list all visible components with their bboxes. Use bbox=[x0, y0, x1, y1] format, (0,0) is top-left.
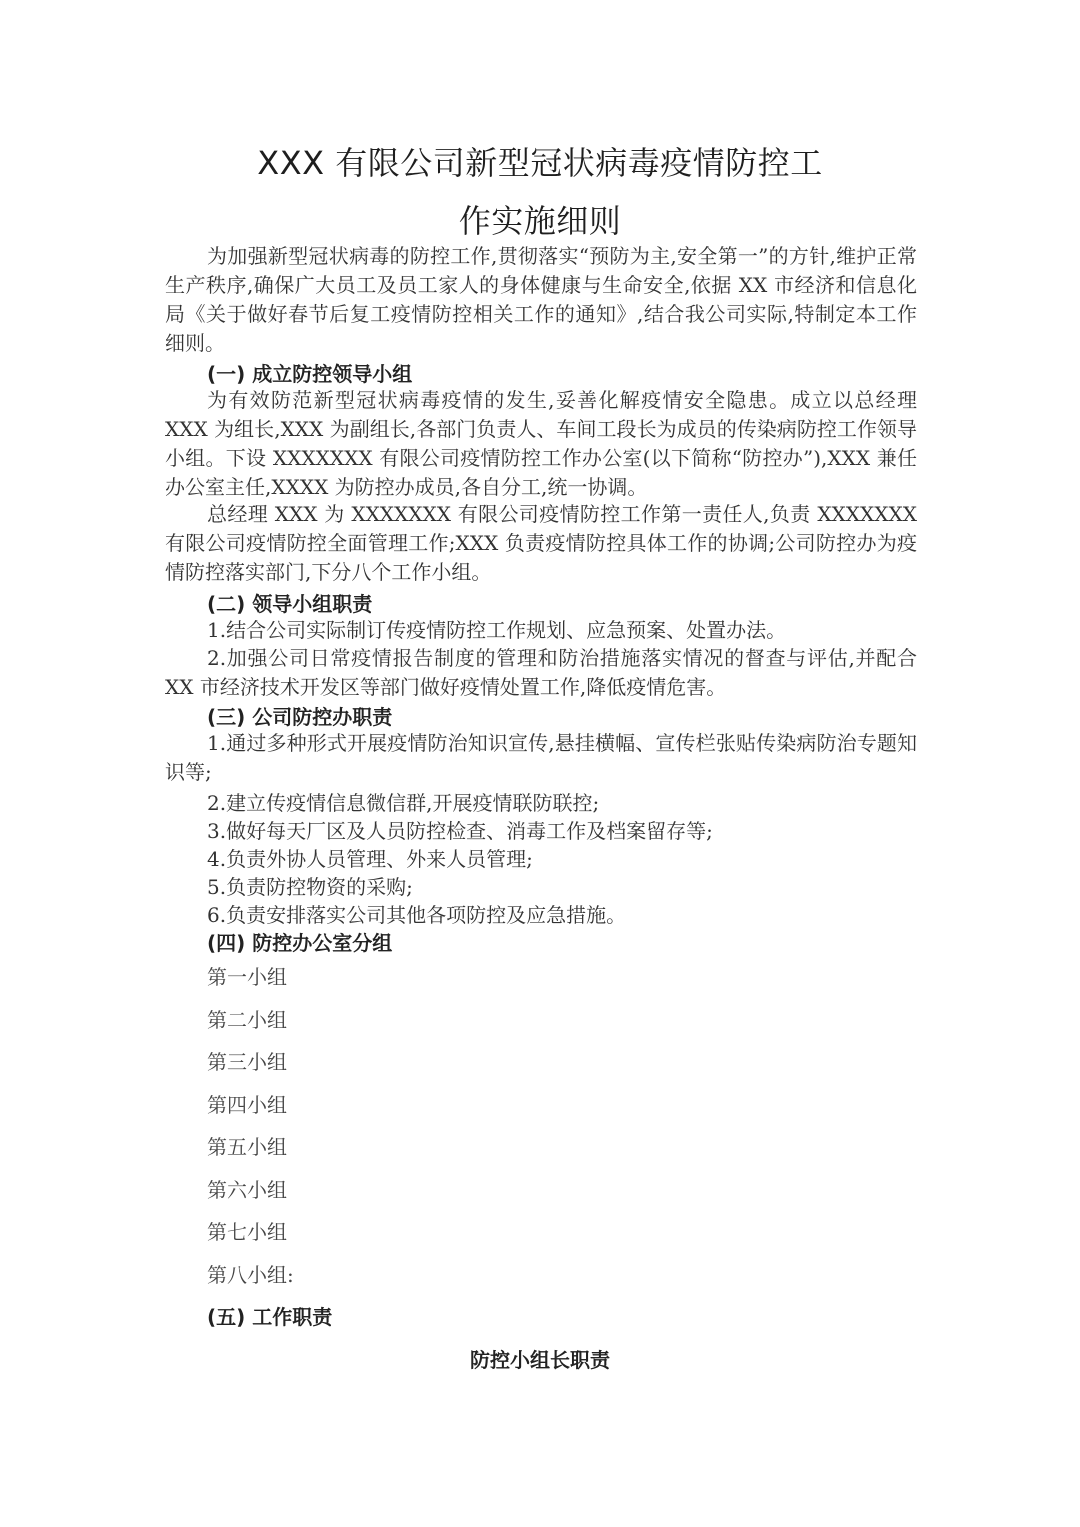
group-item-1: 第一小组 bbox=[207, 961, 287, 990]
group-item-5: 第五小组 bbox=[207, 1131, 287, 1160]
section3-item-2: 2.建立传疫情信息微信群,开展疫情联防联控; bbox=[207, 787, 599, 816]
section-heading-1: (一) 成立防控领导小组 bbox=[207, 358, 412, 387]
group-item-7: 第七小组 bbox=[207, 1216, 287, 1245]
group-item-8: 第八小组: bbox=[207, 1259, 294, 1288]
section1-paragraph-2: 总经理 XXX 为 XXXXXXX 有限公司疫情防控工作第一责任人,负责 XXX… bbox=[165, 500, 917, 587]
section3-item-3: 3.做好每天厂区及人员防控检查、消毒工作及档案留存等; bbox=[207, 815, 713, 844]
section1-paragraph-1: 为有效防范新型冠状病毒疫情的发生,妥善化解疫情安全隐患。成立以总经理 XXX 为… bbox=[165, 386, 917, 502]
document-title-line2: 作实施细则 bbox=[0, 196, 1080, 242]
intro-paragraph: 为加强新型冠状病毒的防控工作,贯彻落实“预防为主,安全第一”的方针,维护正常生产… bbox=[165, 242, 917, 358]
team-leader-duties-heading: 防控小组长职责 bbox=[0, 1344, 1080, 1373]
section2-item-1: 1.结合公司实际制订传疫情防控工作规划、应急预案、处置办法。 bbox=[165, 616, 917, 645]
section-heading-3: (三) 公司防控办职责 bbox=[207, 701, 392, 730]
section3-item-4: 4.负责外协人员管理、外来人员管理; bbox=[207, 843, 533, 872]
section3-item-5: 5.负责防控物资的采购; bbox=[207, 871, 413, 900]
section-heading-2: (二) 领导小组职责 bbox=[207, 588, 372, 617]
section3-item-1: 1.通过多种形式开展疫情防治知识宣传,悬挂横幅、宣传栏张贴传染病防治专题知识等; bbox=[165, 729, 917, 787]
group-item-3: 第三小组 bbox=[207, 1046, 287, 1075]
section-heading-4: (四) 防控办公室分组 bbox=[207, 927, 392, 956]
document-title-line1: XXX 有限公司新型冠状病毒疫情防控工 bbox=[0, 138, 1080, 184]
group-item-2: 第二小组 bbox=[207, 1004, 287, 1033]
section3-item-6: 6.负责安排落实公司其他各项防控及应急措施。 bbox=[207, 899, 626, 928]
section-heading-5: (五) 工作职责 bbox=[207, 1301, 332, 1330]
section2-item-2: 2.加强公司日常疫情报告制度的管理和防治措施落实情况的督查与评估,并配合 XX … bbox=[165, 644, 917, 702]
group-item-6: 第六小组 bbox=[207, 1174, 287, 1203]
group-item-4: 第四小组 bbox=[207, 1089, 287, 1118]
document-page: XXX 有限公司新型冠状病毒疫情防控工 作实施细则 为加强新型冠状病毒的防控工作… bbox=[0, 0, 1080, 1527]
